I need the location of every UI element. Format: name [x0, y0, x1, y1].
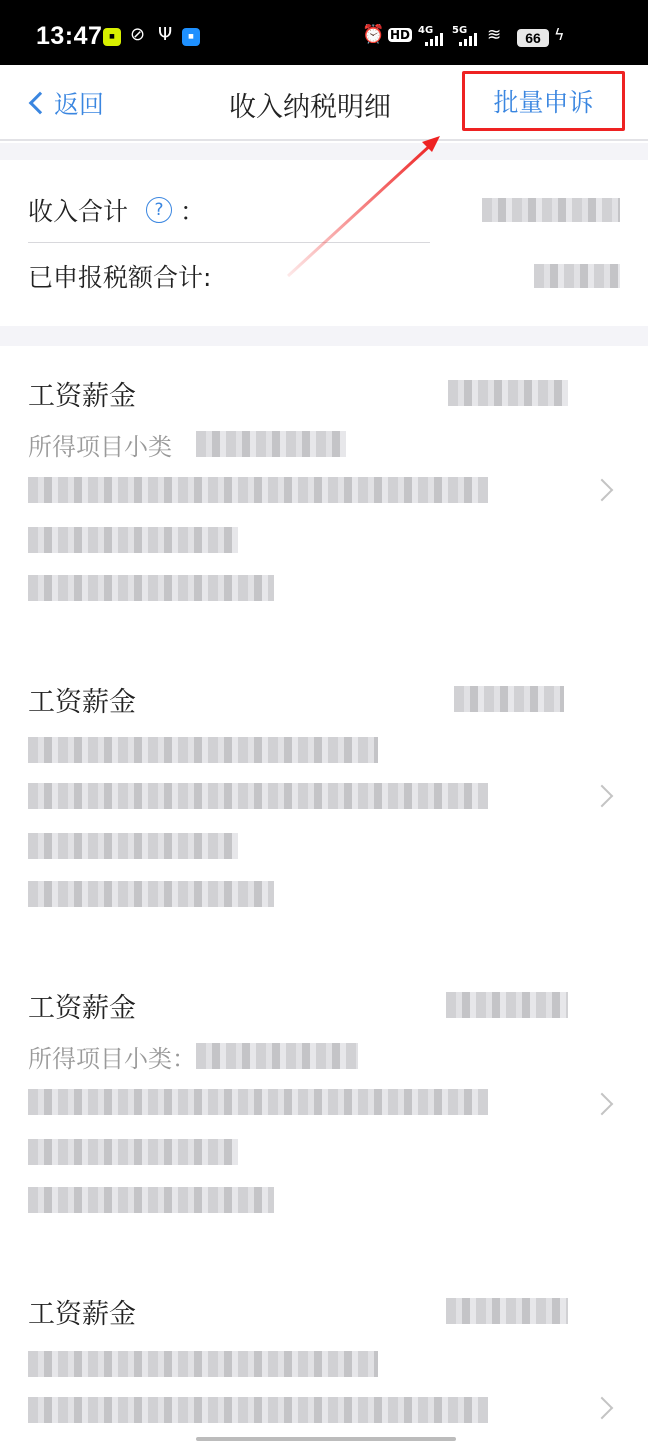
- alarm-icon: ⏰: [362, 24, 384, 46]
- usb-icon: Ψ: [158, 24, 172, 46]
- record-withholder-line: [28, 476, 488, 504]
- hd-icon: HD: [388, 28, 412, 42]
- summary-section: 收入合计 ? ： 已申报税额合计:: [0, 160, 648, 326]
- battery-icon: 66: [517, 29, 549, 47]
- back-label: 返回: [54, 85, 104, 121]
- record-withholder-line: [28, 1088, 488, 1116]
- sync-icon: ⊘: [130, 24, 145, 46]
- declared-tax-total-value-redacted: [534, 264, 620, 288]
- record-subcategory-label: 所得项目小类: [28, 427, 172, 462]
- section-gap: [0, 326, 648, 346]
- declared-tax-total-row: 已申报税额合计:: [28, 236, 620, 316]
- batch-appeal-button[interactable]: 批量申诉: [462, 71, 625, 131]
- section-gap: [0, 143, 648, 160]
- record-income-line: [28, 832, 238, 860]
- back-button[interactable]: 返回: [24, 85, 104, 121]
- status-bar: 13:47 ■ ⊘ Ψ ■ ⏰ HD 4G 5G ≋ 66 ϟ: [0, 0, 648, 65]
- record-tax-line: [28, 880, 274, 908]
- record-subcategory-line: [28, 1350, 378, 1378]
- chevron-right-icon: [591, 1093, 614, 1116]
- record-income-line: [28, 526, 238, 554]
- record-subcategory-line: 所得项目小类：: [28, 1042, 358, 1070]
- record-category: 工资薪金: [28, 986, 136, 1025]
- record-income-line: [28, 1138, 238, 1166]
- chevron-left-icon: [29, 92, 52, 115]
- nav-bar: 返回 收入纳税明细 批量申诉: [0, 65, 648, 141]
- app-notification-icon: ■: [103, 28, 121, 46]
- help-icon[interactable]: ?: [146, 197, 172, 223]
- record-card[interactable]: 工资薪金: [0, 652, 648, 958]
- record-withholder-line: [28, 782, 488, 810]
- status-time: 13:47: [36, 22, 102, 51]
- record-tax-line: [28, 574, 274, 602]
- signal-4g-icon: [425, 33, 443, 46]
- record-subcategory-line: [28, 736, 378, 764]
- app-notification-icon-2: ■: [182, 28, 200, 46]
- record-tax-line: [28, 1186, 274, 1214]
- record-subcategory-label: 所得项目小类：: [28, 1039, 196, 1074]
- signal-5g-icon: [459, 33, 477, 46]
- record-date-redacted: [448, 380, 568, 406]
- income-total-label: 收入合计: [28, 192, 128, 228]
- record-card[interactable]: 工资薪金: [0, 1264, 648, 1444]
- income-total-value-redacted: [482, 198, 620, 222]
- declared-tax-total-label: 已申报税额合计:: [28, 258, 211, 294]
- record-card[interactable]: 工资薪金 所得项目小类：: [0, 958, 648, 1264]
- record-subcategory-value-redacted: [196, 1043, 358, 1069]
- wifi-icon: ≋: [487, 24, 501, 46]
- chevron-right-icon: [591, 1397, 614, 1420]
- record-date-redacted: [446, 1298, 568, 1324]
- record-card[interactable]: 工资薪金 所得项目小类: [0, 346, 648, 652]
- colon: ：: [180, 192, 205, 228]
- record-date-redacted: [446, 992, 568, 1018]
- charging-icon: ϟ: [554, 24, 565, 46]
- record-subcategory-line: 所得项目小类: [28, 430, 346, 458]
- record-category: 工资薪金: [28, 374, 136, 413]
- home-indicator[interactable]: [196, 1437, 456, 1441]
- record-date-redacted: [454, 686, 564, 712]
- record-withholder-line: [28, 1396, 488, 1424]
- chevron-right-icon: [591, 479, 614, 502]
- record-category: 工资薪金: [28, 680, 136, 719]
- record-category: 工资薪金: [28, 1292, 136, 1331]
- chevron-right-icon: [591, 785, 614, 808]
- record-subcategory-value-redacted: [196, 431, 346, 457]
